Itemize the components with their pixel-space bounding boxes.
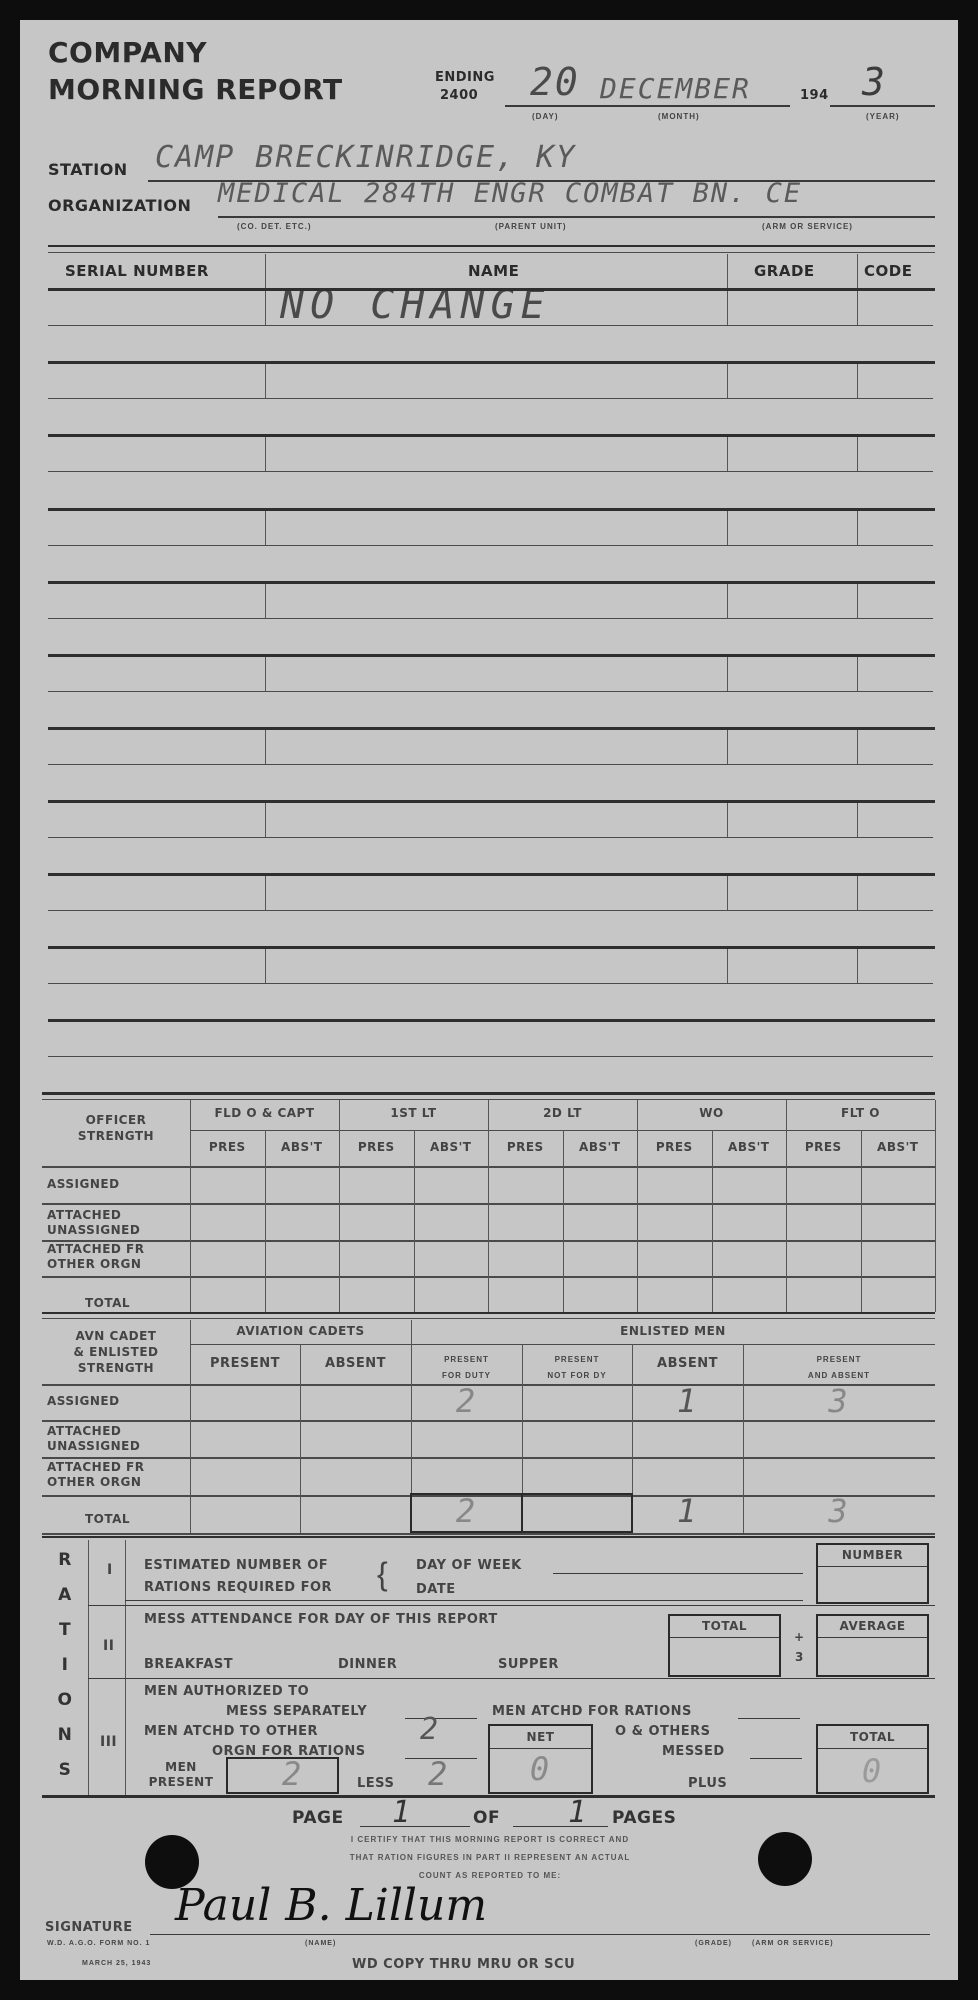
table-row-border bbox=[48, 1019, 935, 1022]
col-divider bbox=[727, 254, 728, 288]
total-present-not-for-duty-box[interactable] bbox=[521, 1493, 633, 1533]
pres-header: PRES bbox=[339, 1140, 414, 1154]
col-serial-number: SERIAL NUMBER bbox=[65, 262, 209, 280]
year-caption: (YEAR) bbox=[866, 112, 900, 121]
organization-label: ORGANIZATION bbox=[48, 196, 191, 215]
rations-letter: S bbox=[45, 1760, 85, 1780]
rations-bottom-border bbox=[42, 1795, 935, 1798]
table-row[interactable] bbox=[48, 437, 935, 471]
day-of-week-field[interactable] bbox=[553, 1573, 803, 1574]
officer-row-assigned: ASSIGNED bbox=[47, 1177, 120, 1191]
col-divider bbox=[857, 254, 858, 288]
dinner-label: DINNER bbox=[338, 1657, 397, 1672]
enlisted-row-assigned: ASSIGNED bbox=[47, 1394, 120, 1408]
station-field[interactable]: CAMP BRECKINRIDGE, KY bbox=[155, 140, 576, 175]
less-label: LESS bbox=[357, 1776, 394, 1791]
rations-letter: I bbox=[45, 1655, 85, 1675]
men-atchd-rations-label: MEN ATCHD FOR RATIONS bbox=[492, 1704, 692, 1719]
mess-attendance-title: MESS ATTENDANCE FOR DAY OF THIS REPORT bbox=[144, 1612, 498, 1627]
part-i-line1: ESTIMATED NUMBER OF bbox=[144, 1558, 328, 1573]
mess-total-divider bbox=[670, 1637, 779, 1638]
men-atchd-other-value: 2 bbox=[420, 1712, 440, 1747]
col-name: NAME bbox=[468, 262, 519, 280]
abst-header: ABS'T bbox=[265, 1140, 340, 1154]
enlisted-subheader-line bbox=[190, 1344, 935, 1345]
of-label: OF bbox=[473, 1808, 500, 1828]
col-grade: GRADE bbox=[754, 262, 815, 280]
rations-letter: R bbox=[45, 1550, 85, 1570]
number-label: NUMBER bbox=[816, 1548, 929, 1562]
officer-col-divider bbox=[786, 1100, 787, 1312]
table-row[interactable] bbox=[48, 876, 935, 910]
total-pages-field[interactable] bbox=[513, 1826, 608, 1827]
abst-header: ABS'T bbox=[414, 1140, 489, 1154]
pres-header: PRES bbox=[190, 1140, 265, 1154]
table-row[interactable] bbox=[48, 803, 935, 837]
year-prefix: 194 bbox=[800, 88, 829, 103]
table-row[interactable] bbox=[48, 949, 935, 983]
part-i-line2: RATIONS REQUIRED FOR bbox=[144, 1580, 332, 1595]
table-row[interactable] bbox=[48, 730, 935, 764]
enlisted-top-border bbox=[42, 1312, 935, 1314]
total-pages-value: 1 bbox=[568, 1795, 588, 1830]
officer-row-attached-unassigned: ATTACHEDUNASSIGNED bbox=[47, 1208, 140, 1238]
men-present-label-1: MEN bbox=[140, 1760, 222, 1775]
page-number-value: 1 bbox=[392, 1795, 412, 1830]
form-number: W.D. A.G.O. FORM NO. 1 bbox=[47, 1940, 150, 1947]
net-label: NET bbox=[488, 1730, 593, 1744]
day-caption: (DAY) bbox=[532, 112, 558, 121]
assigned-present-for-duty[interactable]: 2 bbox=[411, 1382, 522, 1420]
officer-group-header: 1ST LT bbox=[339, 1106, 488, 1120]
month-field[interactable]: DECEMBER bbox=[600, 72, 751, 105]
divide-by-three: 3 bbox=[795, 1650, 804, 1664]
certify-line1: I CERTIFY THAT THIS MORNING REPORT IS CO… bbox=[250, 1835, 730, 1844]
rations-divider-1 bbox=[88, 1540, 89, 1795]
table-top-border bbox=[48, 245, 935, 247]
cadets-present-header: PRESENT bbox=[190, 1356, 300, 1371]
punch-hole-right bbox=[758, 1832, 812, 1886]
abst-header: ABS'T bbox=[861, 1140, 936, 1154]
signature-label: SIGNATURE bbox=[45, 1920, 133, 1935]
organization-underline bbox=[218, 216, 935, 218]
part-ii-top bbox=[88, 1605, 935, 1606]
certify-line3: COUNT AS REPORTED TO ME: bbox=[250, 1871, 730, 1880]
o-others-line2: MESSED bbox=[662, 1744, 725, 1759]
page-label: PAGE bbox=[292, 1808, 344, 1828]
net-box-divider bbox=[490, 1748, 591, 1749]
rations-letter: A bbox=[45, 1585, 85, 1605]
rations-total-label: TOTAL bbox=[816, 1730, 929, 1744]
plus-label: PLUS bbox=[688, 1776, 727, 1791]
year-field[interactable]: 3 bbox=[862, 60, 887, 104]
men-authorized-line2: MESS SEPARATELY bbox=[226, 1704, 367, 1719]
organization-field[interactable]: MEDICAL 284TH ENGR COMBAT BN. CE bbox=[218, 178, 802, 209]
mess-total-label: TOTAL bbox=[668, 1619, 781, 1633]
number-box-divider bbox=[818, 1566, 927, 1567]
pages-label: PAGES bbox=[612, 1808, 676, 1828]
arm-service-caption: (ARM OR SERVICE) bbox=[762, 222, 853, 231]
certify-line2: THAT RATION FIGURES IN PART II REPRESENT… bbox=[250, 1853, 730, 1862]
part-i-numeral: I bbox=[107, 1562, 113, 1578]
pres-header: PRES bbox=[488, 1140, 563, 1154]
present-for-duty-header: PRESENTFOR DUTY bbox=[411, 1352, 522, 1384]
rations-top-border bbox=[42, 1536, 935, 1538]
men-atchd-other-line1: MEN ATCHD TO OTHER bbox=[144, 1724, 318, 1739]
rations-total-divider bbox=[818, 1748, 927, 1749]
station-label: STATION bbox=[48, 160, 128, 179]
net-value: 0 bbox=[488, 1750, 593, 1788]
enlisted-row-attached-fr: ATTACHED FROTHER ORGN bbox=[47, 1460, 144, 1490]
assigned-present-and-absent[interactable]: 3 bbox=[743, 1382, 935, 1420]
part-i-bottom bbox=[125, 1600, 803, 1601]
total-absent[interactable]: 1 bbox=[632, 1492, 743, 1530]
men-authorized-line1: MEN AUTHORIZED TO bbox=[144, 1684, 309, 1699]
officer-group-header: 2D LT bbox=[488, 1106, 637, 1120]
officer-strength-title-2: STRENGTH bbox=[42, 1128, 190, 1144]
o-others-field[interactable] bbox=[750, 1758, 802, 1759]
enlisted-row-attached-unassigned: ATTACHEDUNASSIGNED bbox=[47, 1424, 140, 1454]
parent-unit-caption: (PARENT UNIT) bbox=[495, 222, 567, 231]
officer-col-divider bbox=[488, 1100, 489, 1312]
form-title-line1: COMPANY bbox=[48, 38, 207, 68]
table-row[interactable] bbox=[48, 291, 935, 325]
brace-icon: { bbox=[377, 1552, 388, 1596]
enlisted-strength-title: AVN CADET & ENLISTED STRENGTH bbox=[42, 1328, 190, 1376]
enlisted-title-1: AVN CADET bbox=[42, 1328, 190, 1344]
table-row-border bbox=[48, 1056, 933, 1057]
enlisted-row-line bbox=[42, 1457, 935, 1459]
average-label: AVERAGE bbox=[816, 1619, 929, 1633]
name-caption: (NAME) bbox=[305, 1940, 336, 1947]
officer-col-divider bbox=[563, 1130, 564, 1312]
table-row[interactable] bbox=[48, 546, 935, 580]
day-of-week-label: DAY OF WEEK bbox=[416, 1558, 522, 1573]
year-underline bbox=[830, 105, 935, 107]
date-label: DATE bbox=[416, 1582, 456, 1597]
table-row[interactable] bbox=[48, 911, 935, 945]
total-present-for-duty: 2 bbox=[411, 1492, 522, 1530]
officer-col-divider bbox=[935, 1100, 936, 1312]
officer-col-divider bbox=[637, 1100, 638, 1312]
absent-header: ABSENT bbox=[632, 1356, 743, 1371]
table-row[interactable] bbox=[48, 838, 935, 872]
table-row[interactable] bbox=[48, 511, 935, 545]
enlisted-title-3: STRENGTH bbox=[42, 1360, 190, 1376]
enlisted-col-divider bbox=[190, 1320, 191, 1533]
part-ii-numeral: II bbox=[103, 1638, 114, 1654]
enlisted-col-divider bbox=[300, 1344, 301, 1533]
ending-time: 2400 bbox=[440, 88, 478, 103]
aviation-cadets-header: AVIATION CADETS bbox=[190, 1324, 411, 1338]
officer-col-divider bbox=[414, 1130, 415, 1312]
assigned-absent[interactable]: 1 bbox=[632, 1382, 743, 1420]
less-value: 2 bbox=[428, 1755, 449, 1793]
officer-group-header: FLT O bbox=[786, 1106, 935, 1120]
present-and-absent-header: PRESENTAND ABSENT bbox=[743, 1352, 935, 1384]
col-code: CODE bbox=[864, 262, 912, 280]
table-row[interactable] bbox=[48, 326, 935, 360]
table-row[interactable] bbox=[48, 657, 935, 691]
enlisted-row-line bbox=[42, 1533, 935, 1535]
month-caption: (MONTH) bbox=[658, 112, 700, 121]
form-date: MARCH 25, 1943 bbox=[82, 1960, 151, 1967]
table-top-border-inner bbox=[48, 252, 935, 253]
breakfast-label: BREAKFAST bbox=[144, 1657, 233, 1672]
form-title-line2: MORNING REPORT bbox=[48, 75, 343, 105]
supper-label: SUPPER bbox=[498, 1657, 559, 1672]
officer-strength-title-1: OFFICER bbox=[42, 1112, 190, 1128]
abst-header: ABS'T bbox=[563, 1140, 638, 1154]
copy-note: WD COPY THRU MRU OR SCU bbox=[352, 1957, 575, 1972]
cadets-absent-header: ABSENT bbox=[300, 1356, 411, 1371]
signature-value: Paul B. Lillum bbox=[175, 1880, 487, 1931]
officer-group-header: WO bbox=[637, 1106, 786, 1120]
table-row[interactable] bbox=[48, 472, 935, 506]
men-atchd-rations-field[interactable] bbox=[738, 1718, 800, 1719]
rations-total-value: 0 bbox=[816, 1752, 929, 1790]
signature-line[interactable] bbox=[150, 1934, 930, 1935]
arm-caption-footer: (ARM OR SERVICE) bbox=[752, 1940, 834, 1947]
table-row[interactable] bbox=[48, 364, 935, 398]
officer-col-divider bbox=[190, 1100, 191, 1312]
average-box-divider bbox=[818, 1637, 927, 1638]
page-number-field[interactable] bbox=[360, 1826, 470, 1827]
rations-divider-2 bbox=[125, 1540, 126, 1795]
officer-col-divider bbox=[339, 1100, 340, 1312]
pres-header: PRES bbox=[637, 1140, 712, 1154]
col-divider bbox=[265, 254, 266, 288]
mess-separately-field[interactable] bbox=[405, 1718, 477, 1719]
officer-strength-title: OFFICER STRENGTH bbox=[42, 1112, 190, 1144]
plus-sign: + bbox=[794, 1630, 805, 1644]
table-row[interactable] bbox=[48, 584, 935, 618]
ending-label: ENDING bbox=[435, 70, 495, 85]
part-iii-numeral: III bbox=[100, 1734, 117, 1750]
officer-group-header: FLD O & CAPT bbox=[190, 1106, 339, 1120]
total-present-and-absent[interactable]: 3 bbox=[743, 1492, 935, 1530]
table-row[interactable] bbox=[48, 984, 935, 1018]
rations-letter: T bbox=[45, 1620, 85, 1640]
present-not-for-duty-header: PRESENTNOT FOR DY bbox=[522, 1352, 632, 1384]
table-row[interactable] bbox=[48, 692, 935, 726]
grade-caption: (GRADE) bbox=[695, 1940, 732, 1947]
officer-top-border bbox=[42, 1092, 935, 1095]
officer-row-total: TOTAL bbox=[85, 1296, 130, 1310]
table-row[interactable] bbox=[48, 619, 935, 653]
part-iii-top bbox=[88, 1678, 935, 1679]
enlisted-title-2: & ENLISTED bbox=[42, 1344, 190, 1360]
enlisted-row-total: TOTAL bbox=[85, 1512, 130, 1526]
enlisted-top-border-inner bbox=[42, 1318, 935, 1319]
table-row[interactable] bbox=[48, 765, 935, 799]
enlisted-row-line bbox=[42, 1420, 935, 1422]
abst-header: ABS'T bbox=[712, 1140, 787, 1154]
officer-row-attached-fr: ATTACHED FROTHER ORGN bbox=[47, 1242, 144, 1272]
date-underline bbox=[505, 105, 790, 107]
day-field[interactable]: 20 bbox=[530, 60, 580, 104]
officer-col-divider bbox=[265, 1130, 266, 1312]
enlisted-men-header: ENLISTED MEN bbox=[411, 1324, 935, 1338]
pres-header: PRES bbox=[786, 1140, 861, 1154]
rations-letter: N bbox=[45, 1725, 85, 1745]
table-row[interactable] bbox=[48, 399, 935, 433]
men-present-value: 2 bbox=[282, 1755, 303, 1793]
officer-col-divider bbox=[712, 1130, 713, 1312]
unit-caption: (CO. DET. ETC.) bbox=[237, 222, 312, 231]
men-present-label-2: PRESENT bbox=[140, 1775, 222, 1790]
men-present-label: MEN PRESENT bbox=[140, 1760, 222, 1790]
officer-col-divider bbox=[861, 1130, 862, 1312]
rations-letter: O bbox=[45, 1690, 85, 1710]
o-others-line1: O & OTHERS bbox=[615, 1724, 711, 1739]
